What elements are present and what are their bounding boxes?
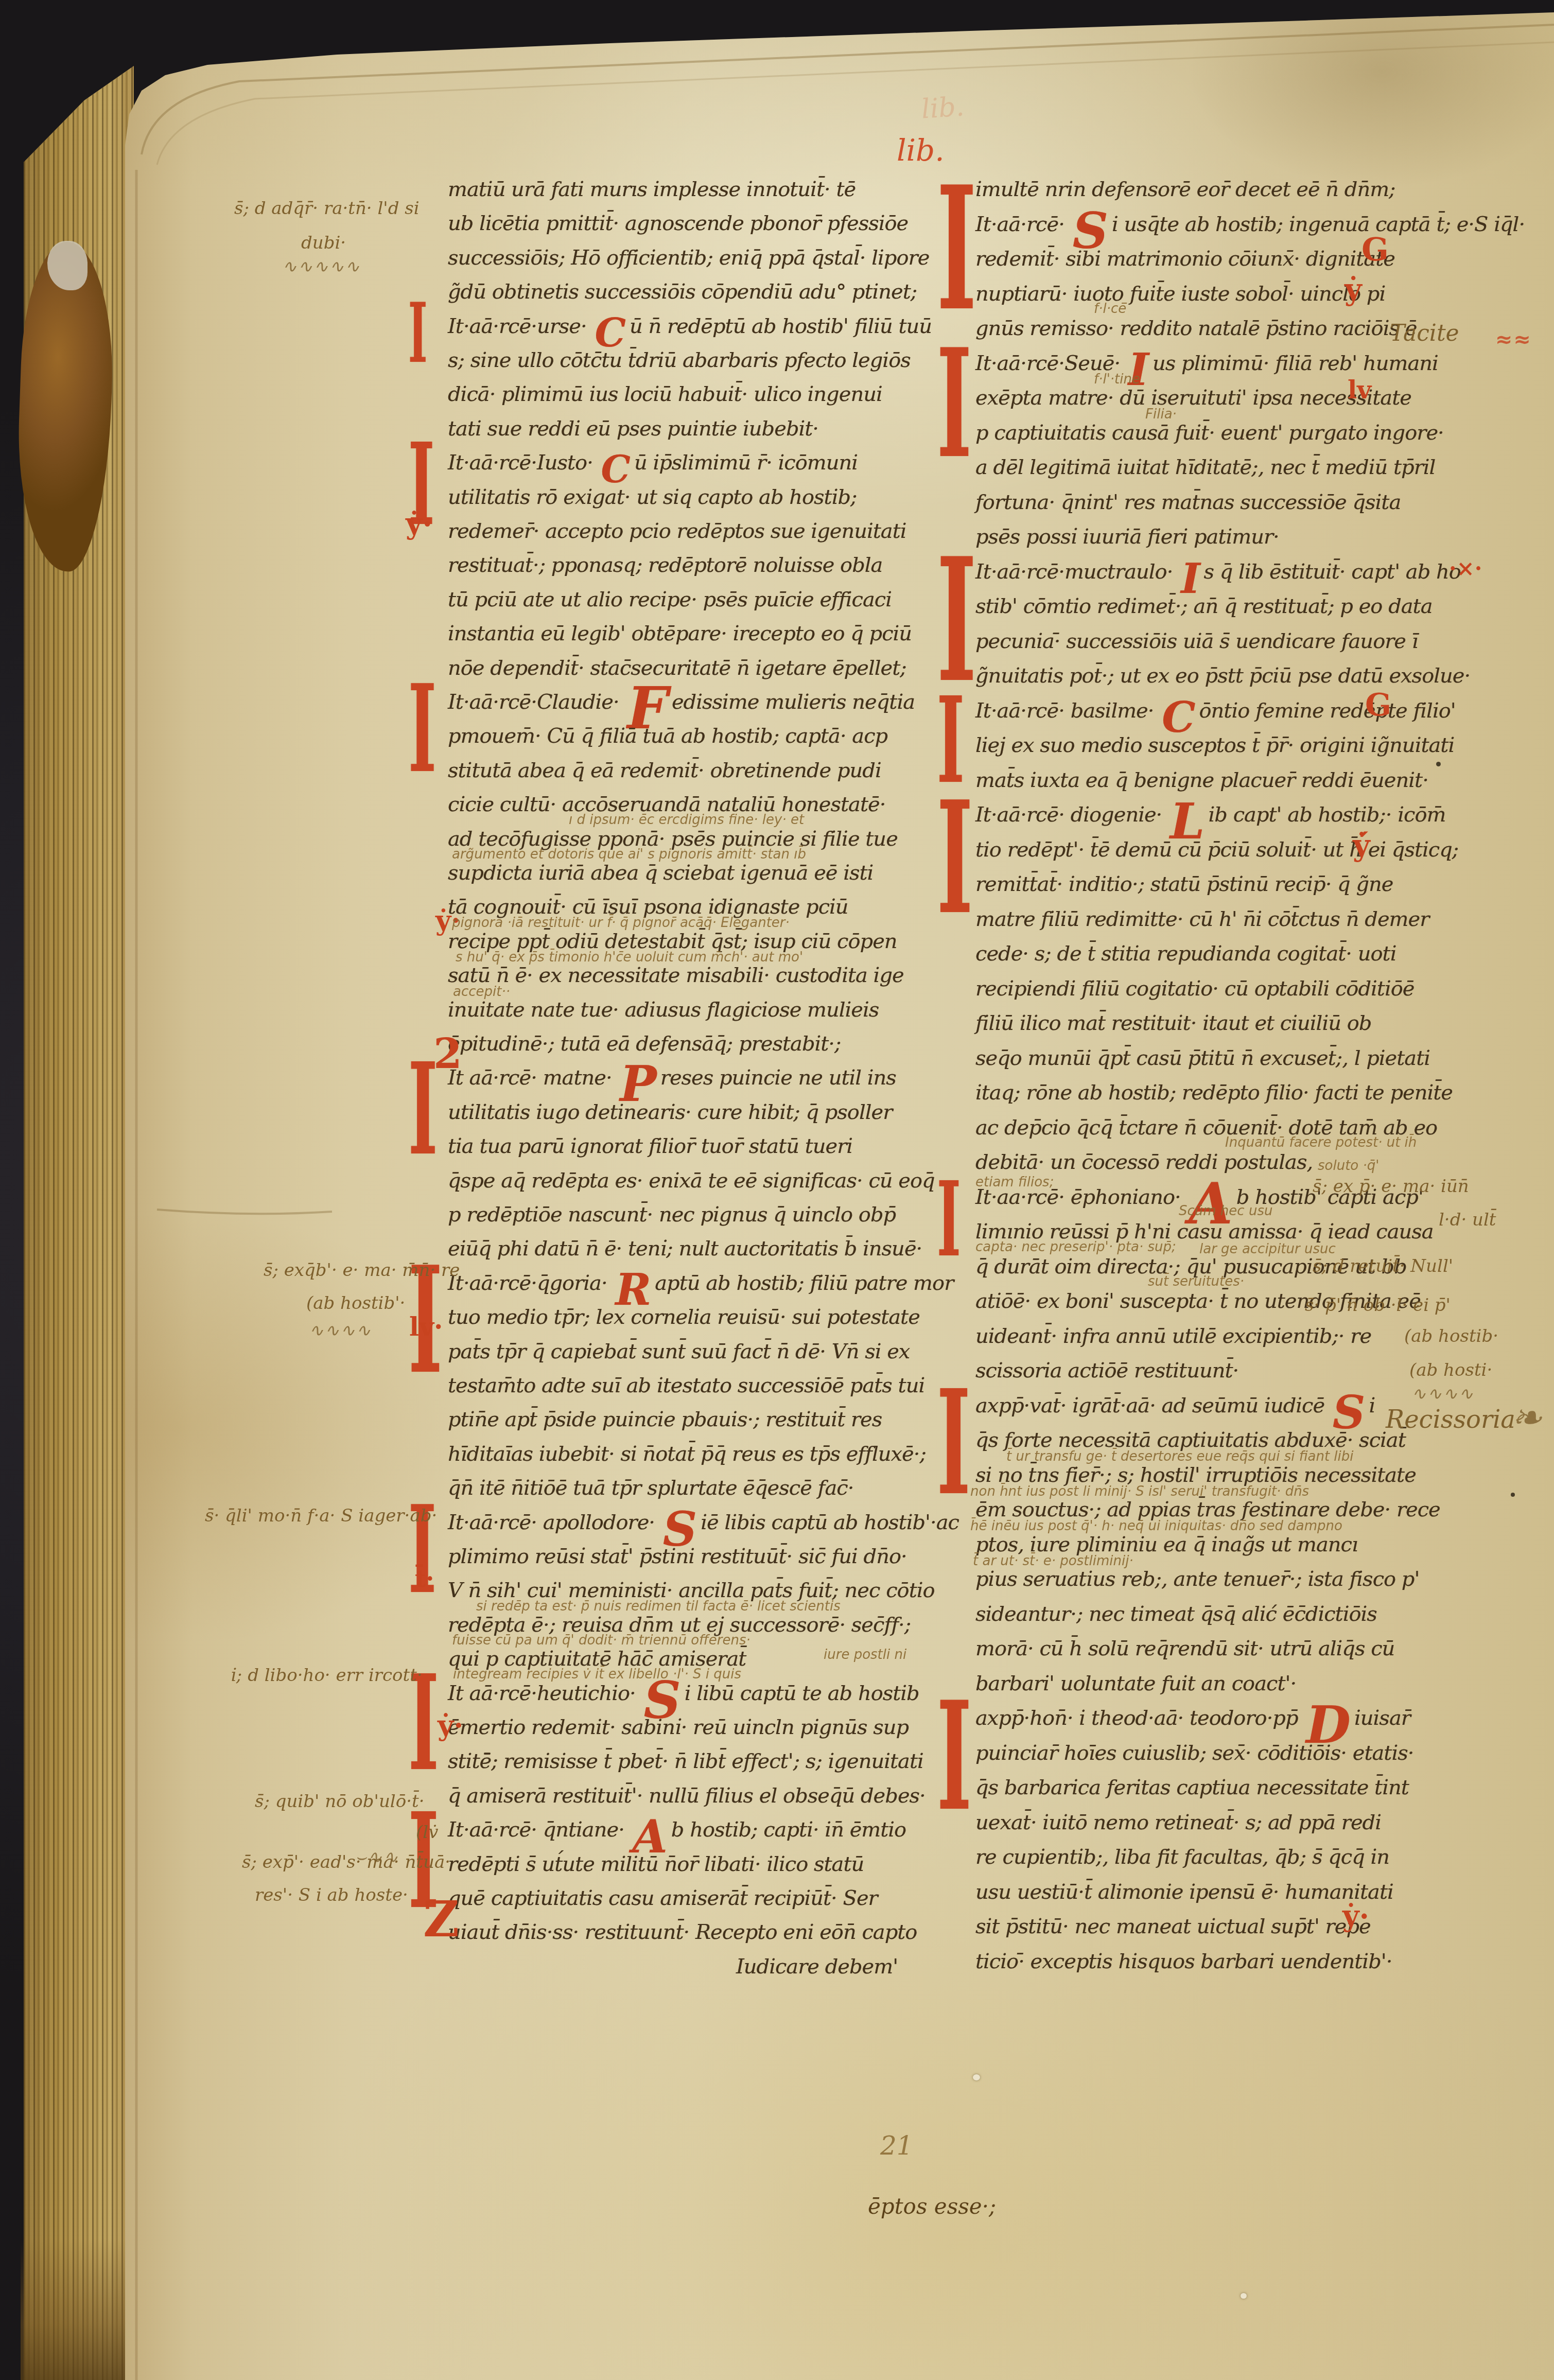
rubric-margin-mark: ẏ· xyxy=(1342,1899,1369,1933)
inscriptio: axpp̄·hon̄· i theod·aā· teodoro·pp̄ xyxy=(975,1706,1304,1730)
paragraph-initial-I: I xyxy=(937,183,976,315)
interlinear-gloss: pignora ·iā restituit· ur f̄· q̄ pignor̄… xyxy=(452,915,790,931)
text-continuation: ū n̄ redēptū ab hostib' filiū tuū xyxy=(630,314,932,338)
text-line: psēs possi̇ iuuriā fieri patimur· xyxy=(975,525,1279,549)
text-line: matre filiū redimitte· cū h' n̄i cōt̄ctu… xyxy=(975,907,1429,931)
margin-note: (ab hostib· xyxy=(1404,1326,1498,1346)
inscriptio: It·aā·rcē· xyxy=(975,213,1071,236)
text-continuation: iuisar̄ xyxy=(1354,1706,1410,1730)
margin-note: (lv̇ xyxy=(416,1822,438,1843)
text-line: tuo medio tp̄r; lex cornelia reuisū· sui… xyxy=(448,1305,920,1329)
inscriptio: It·aā·rcē· diogenie· xyxy=(975,803,1168,827)
text-line: axpp̄·hon̄· i theod·aā· teodoro·pp̄ Diui… xyxy=(975,1706,1410,1730)
interlinear-gloss: Inquantū facere potest· ut ih̄ xyxy=(1225,1135,1417,1150)
paragraph-initial-I: I xyxy=(408,301,427,365)
text-line: fortuna· q̄nint' res mat̄nas successiōe … xyxy=(975,491,1401,514)
text-line: pat̄s tp̄r q̄ capiebat̄ sunt̄ suū fact̄ … xyxy=(448,1340,910,1363)
text-line: p redēptiōe nascunt̄· nec pignus q̄ uinc… xyxy=(448,1203,896,1227)
text-line: dicā· plimimū ius lociū habuit̄· ulico i… xyxy=(448,382,882,406)
text-line: inuitate nate tue· adiusus flagiciose mu… xyxy=(448,998,879,1022)
margin-note: i̇; d libo·ho· err ircott· xyxy=(231,1665,423,1686)
interlinear-gloss: Filia· xyxy=(1145,407,1177,422)
rubric-margin-mark: Z xyxy=(423,1890,459,1948)
inscriptio: It·aā·rcē·muctraulo· xyxy=(975,560,1179,584)
text-line: debitā· un c̄ocessō reddi postulas, xyxy=(975,1150,1313,1174)
ink-speck xyxy=(1511,1493,1515,1497)
text-line: q̄n̄ itē n̄itiōē tuā tp̄r splurtate ēq̄e… xyxy=(448,1476,853,1500)
text-continuation: i usq̄te ab hostib; ingenuā captā t̄; e·… xyxy=(1112,213,1525,236)
text-line: eiūq̄ phi datū n̄ ē· teni̇; nult auctori… xyxy=(448,1237,922,1261)
text-line: seq̄o munūi q̄pt̄ casū p̄titū n̄ excuset… xyxy=(975,1046,1430,1070)
inscriptio: It·aā·rcē·q̄goria· xyxy=(448,1271,613,1295)
text-line: axpp̄·vat̄· igrāt̄·aā· ad seūmū iudicē S… xyxy=(975,1394,1375,1417)
text-line: plimimo reūsi̇ stat̄' p̄stini restituūt̄… xyxy=(448,1545,907,1568)
text-line: It·aā·rcē·Seuē· Ius plimimū· filiā reb' … xyxy=(975,352,1438,375)
text-line: nuptiarū· iuoto fuit̄e iuste sobol̄· uin… xyxy=(975,282,1385,306)
running-header-offset: lib. xyxy=(920,91,965,125)
margin-note: dubi· xyxy=(301,233,346,253)
text-line: uexat̄· iuitō nemo retineat̄· s; ad ppā … xyxy=(975,1811,1381,1834)
text-line: quē captiuitatis casu amiserāt̄ recipiūt… xyxy=(448,1886,878,1910)
text-continuation: edissime mulieris neq̄tia xyxy=(672,690,915,714)
text-line: utilitatis rō exigat· ut siq capto ab ho… xyxy=(448,485,857,509)
interlinear-gloss: integream recipies v̇ it̄ ex libello ·l'… xyxy=(453,1667,741,1682)
text-continuation: us plimimū· filiā reb' humani xyxy=(1153,352,1438,375)
inscriptio: It aā·rcē· matne· xyxy=(448,1066,618,1090)
interlinear-gloss: soluto ·q̄' xyxy=(1318,1158,1379,1174)
text-line: itaq; rōne ab hostib; redēpto filio· fac… xyxy=(975,1081,1453,1105)
rubric-margin-mark: ẏ· xyxy=(406,507,432,541)
margin-note: res'· S i ab hoste· xyxy=(255,1885,408,1905)
margin-note: Recissoria xyxy=(1386,1405,1515,1434)
margin-note: ∿∿∿∿ xyxy=(309,1320,372,1341)
folio-number: 21 xyxy=(880,2131,913,2161)
text-line: uideant̄· infra annū utilē excipientib;·… xyxy=(975,1324,1371,1348)
interlinear-gloss: lar ge accipitur usuc xyxy=(1199,1241,1336,1257)
margin-note: Tacite xyxy=(1390,320,1459,346)
text-continuation: reses puincie ne util ins xyxy=(660,1066,896,1090)
margin-note: (ab hostib'· xyxy=(306,1293,405,1314)
paragraph-initial-I: I xyxy=(937,1180,961,1260)
text-continuation: aptū ab hostib; filiū patre mor xyxy=(655,1271,953,1295)
margin-note: s̄; d retuit̄· Null' xyxy=(1313,1256,1453,1276)
interlinear-gloss: h̄ē inēu ius post q̄'· h· neq̄ ui iniqui… xyxy=(970,1518,1342,1534)
text-line: pmouem̄· Cū q̄ filiā tuā ab hostib; capt… xyxy=(448,724,887,748)
parchment-hole xyxy=(1241,2293,1247,2299)
text-line: It·aā·rcē·Iusto· Cū ip̄slimimū r̄· icōmu… xyxy=(448,451,858,475)
text-line: q̄spe aq̄ redēpta es· enixā te eē signif… xyxy=(448,1169,935,1193)
text-line: restituat̄·; pponasq; redēptorē noluisse… xyxy=(448,553,882,577)
catchword: ēptos esse·; xyxy=(868,2194,996,2219)
margin-note: s̄· p̄' n̄ ob ·l· ei p̄' xyxy=(1305,1295,1451,1316)
rubric-margin-mark: ẏ xyxy=(1345,272,1362,307)
text-continuation: i xyxy=(1369,1394,1375,1417)
text-line: tio redēpt'· t̄ē demū cū p̄ciū soluit̄· … xyxy=(975,838,1458,862)
inscriptio: It·aā·rcē· q̄ntiane· xyxy=(448,1818,631,1842)
text-line: g̃dū obtinetis successiōis cōpendiū adu°… xyxy=(448,280,917,304)
margin-note: s̄; ex p̄· e· ma· iūn̄ xyxy=(1313,1176,1469,1197)
interlinear-gloss: s hu' q̄· ex p̄s t̄imonio h'c̄e uoluit c… xyxy=(456,950,803,965)
text-line: satū n̄ ē· ex necessitate misabili· cust… xyxy=(448,964,904,987)
text-line: It·aā·rcē·muctraulo· Is q̄ lib ēstituit̄… xyxy=(975,560,1461,584)
text-line: redemer̄· accepto pcio redēptos sue igen… xyxy=(448,519,906,543)
interlinear-gloss: arg̃umento et dotoris que ai' s pignoris… xyxy=(452,847,806,862)
ink-speck xyxy=(1436,762,1441,766)
text-line: Iudicare debem' xyxy=(736,1955,898,1979)
text-continuation: b hostib; capti· in̄ ēmtio xyxy=(671,1818,906,1842)
text-line: It aā·rcē·heutichio· Si libū captū te ab… xyxy=(448,1682,919,1705)
paragraph-initial-I: I xyxy=(937,1699,972,1815)
rubric-margin-mark: ẏ́ xyxy=(1353,828,1370,863)
text-continuation: ib capt' ab hostib;· icōm̄ xyxy=(1209,803,1446,827)
text-line: It·aā·rcē·Claudie· Fedissime mulieris ne… xyxy=(448,690,915,714)
text-line: barbari' uoluntate fuit an coact'· xyxy=(975,1672,1296,1695)
margin-note: s̄; quib' nō ob'ulō·t̄· xyxy=(255,1791,424,1812)
text-continuation: ōntio femine redēpte filio' xyxy=(1199,699,1456,723)
inscriptio: axpp̄·vat̄· igrāt̄·aā· ad seūmū iudicē xyxy=(975,1394,1331,1417)
text-line: redemit̄· sibi matrimonio cōiunx̄· digni… xyxy=(975,247,1395,271)
text-line: pecunia·̄ successiōis uiā s̄ uendicare f… xyxy=(975,629,1418,653)
text-line: re cupientib;, liba fit facultas, q̄b; s… xyxy=(975,1845,1389,1869)
text-line: cede· s; de t̄ stitia repudianda cogitat… xyxy=(975,942,1396,966)
inscriptio: It·aā·rcē· apollodore· xyxy=(448,1511,661,1534)
spine-bottom-shadow xyxy=(21,2239,129,2380)
text-continuation: iē libis captū ab hostib'·ac xyxy=(701,1511,959,1534)
text-line: uiaut̄ dn̄is·ss· restituunt̄· Recepto en… xyxy=(448,1920,917,1944)
interlinear-gloss: Scūm hec usu xyxy=(1179,1203,1272,1219)
manuscript-photo: lib. lib. matiū urā fati murıs implesse … xyxy=(0,0,1554,2380)
interlinear-gloss: accepit·· xyxy=(453,984,510,1000)
margin-note: s̄; exp̄'· ead's· ma· n̄t̄uā· xyxy=(242,1852,450,1872)
text-line: gnūs remisso· reddito natalē p̄stino rac… xyxy=(975,317,1417,340)
text-line: pius seruatius reb;, ante tenuer̄·; ista… xyxy=(975,1567,1419,1591)
text-line: testam̄to adte suī ab itestato successiō… xyxy=(448,1374,924,1397)
paragraph-initial-I: I xyxy=(408,1673,439,1775)
text-continuation: s q̄ lib ēstituit̄· capt' ab ho xyxy=(1204,560,1461,584)
text-line: tati sue reddi eū pses puintie iubebit· xyxy=(448,417,818,441)
margin-note: ∿∿∿∿ xyxy=(1411,1384,1474,1404)
text-line: exēpta matre· dū iseruituti' ipsa necess… xyxy=(975,386,1411,410)
interlinear-gloss: t̄ ar ut· st̄· e· postliminij· xyxy=(973,1553,1133,1569)
text-line: stitē̄; remisisse t̄ pbet̄· n̄ libt̄ eff… xyxy=(448,1749,923,1773)
text-line: puinciar̄ hoīes cuiuslib; sex̄· cōditiōi… xyxy=(975,1741,1413,1765)
interlinear-gloss: f·l'·tine xyxy=(1094,372,1140,387)
text-line: scissoria actiōē restituunt̄· xyxy=(975,1359,1238,1382)
margin-note: s̄; d adq̄r̄· ra·tn̄· l'd si xyxy=(234,198,420,219)
margin-note: ∿∿∿∿∿ xyxy=(282,256,360,277)
text-line: usu uestiū·t̄ alimonie ipensū ē· humanit… xyxy=(975,1880,1393,1904)
text-line: q̄s barbarica feritas captiua necessitat… xyxy=(975,1776,1409,1799)
paragraph-initial-I: I xyxy=(937,1387,970,1499)
text-line: ptin̄e apt̄ p̄side puincie pbauis·; rest… xyxy=(448,1408,882,1431)
text-line: tū pciū ate ut alio recipe· psēs puīcie … xyxy=(448,588,892,611)
rubric-margin-mark: G xyxy=(1361,231,1389,268)
margin-note: l·d· ult̄ xyxy=(1439,1210,1496,1230)
rubric-margin-mark: 2 xyxy=(433,1029,462,1078)
rubric-margin-mark: G xyxy=(1365,687,1391,723)
rubric-margin-mark: ·×· xyxy=(1449,556,1482,581)
text-line: ticio·̄ exceptis hisquos barbari uendent… xyxy=(975,1950,1392,1973)
rubric-margin-mark: t̄· xyxy=(415,1565,434,1592)
inscriptio: It·aā·rcē· basilme· xyxy=(975,699,1160,723)
text-line: sideantur·; nec timeat q̄sq̄ alić ēc̄dic… xyxy=(975,1602,1377,1626)
paragraph-initial-I: I xyxy=(937,798,973,918)
paragraph-initial-I: I xyxy=(937,346,972,462)
text-line: hīditaīas iubebit· si n̄otat̄ p̄q̄ reus … xyxy=(448,1442,926,1466)
text-line: It·aā·rcē·q̄goria· Raptū ab hostib; fili… xyxy=(448,1271,953,1295)
interlinear-gloss: sut̄ seruitutes· xyxy=(1148,1274,1244,1289)
inscriptio: It·aā·rcē·urse· xyxy=(448,314,592,338)
text-line: It aā·rcē· matne· Preses puincie ne util… xyxy=(448,1066,896,1090)
interlinear-gloss: f·l·cē̄ xyxy=(1094,301,1126,317)
text-line: a dēl legitimā iuitat hīditatē;, nec t̄ … xyxy=(975,456,1435,479)
text-line: utilitatis iugo detinearis· cure hibit; … xyxy=(448,1100,892,1124)
inscriptio: It aā·rcē·heutichio· xyxy=(448,1682,641,1705)
inscriptio: It·aā·rcē·Claudie· xyxy=(448,690,625,714)
rubric-margin-mark: ẏ· xyxy=(438,1709,463,1742)
text-line: It·aā·rcē·urse· Cū n̄ redēptū ab hostib'… xyxy=(448,314,932,338)
text-line: tia tua parū ignorat filior̄ tuor̄ statū… xyxy=(448,1134,852,1158)
interlinear-gloss: t̄ ur transfu ge· t̄ desertores eue req̄… xyxy=(1006,1449,1354,1464)
text-line: instantia eū legib' obtēpare· irecepto e… xyxy=(448,622,912,645)
interlinear-gloss: si redēp ta est· p̄ nuis redimen til fac… xyxy=(476,1599,841,1614)
margin-note: ❧ xyxy=(1511,1396,1543,1439)
margin-note: (ab hosti· xyxy=(1409,1360,1492,1380)
interlinear-gloss: fuisse cū pa um q̄' dodit· m̄ triennū of… xyxy=(452,1633,750,1648)
text-line: g̃nuitatis pot̄·; ut ex eo p̄stt p̄ciū p… xyxy=(975,664,1470,688)
text-line: liej ex suo medio susceptos t̄ p̄r̄· ori… xyxy=(975,733,1454,757)
rubric-margin-mark: ≈≈ xyxy=(1495,327,1532,352)
rubric-margin-mark: lv xyxy=(1348,376,1371,405)
text-line: s; sine ullo cōtc̄tu t̄driū abarbaris pf… xyxy=(448,348,911,372)
text-line: remitt̄at̄· inditio·; statū p̄stinū reci… xyxy=(975,872,1393,896)
text-line: ēmertio redemit· sabini̇· reū uincln pig… xyxy=(448,1716,909,1739)
text-line: nōe dependit̄· stac̄securitatē n̄ igetar… xyxy=(448,656,906,680)
interlinear-gloss: iure postli ni xyxy=(824,1647,906,1662)
text-line: It·aā·rcē· apollodore· Siē libis captū a… xyxy=(448,1511,959,1534)
interlinear-gloss: etiam filios; xyxy=(975,1175,1054,1190)
text-line: p captiuitatis causā fuit̄· euent' purga… xyxy=(975,421,1444,445)
interlinear-gloss: non h̄nt ius post li minij· S isl' serui… xyxy=(970,1484,1309,1499)
text-line: q̄ amiserā restituit̄'· nullū filius el … xyxy=(448,1784,926,1808)
text-line: ēpitudinē·; tutā eā defensāq̄; prestabit… xyxy=(448,1032,841,1056)
text-line: supdicta iuriā abea q̄ sciebat igenuā eē… xyxy=(448,861,873,885)
text-line: stib' cōmtio redimet̄·; an̄ q̄ restituat… xyxy=(975,594,1433,618)
text-continuation: ū ip̄slimimū r̄· icōmuni xyxy=(634,451,858,475)
text-line: successiōis; Hō officientib; eniq̄ ppā q… xyxy=(448,246,929,270)
text-line: It·aā·rcē· q̄ntiane· Ab hostib; capti· i… xyxy=(448,1818,906,1842)
text-line: morā· cū h̄ solū req̄rendū sit· utrū ali… xyxy=(975,1637,1394,1660)
margin-note: s̄; exq̄b'· e· ma· m̄n̄· re xyxy=(264,1260,460,1281)
text-line: recipiendi filiū cogitatio· cū optabili … xyxy=(975,977,1414,1001)
parchment-hole xyxy=(973,2074,980,2080)
text-line: filiū ilico mat̄ restituit· itaut et ciu… xyxy=(975,1011,1371,1035)
paragraph-initial-I: I xyxy=(937,554,976,687)
margin-note: s̄· q̄li' mo·n̄ f·a· S iager·ab· xyxy=(205,1506,437,1526)
text-line: sit p̄stitū· nec maneat uictual sup̄t' r… xyxy=(975,1915,1371,1938)
text-line: stitutā abea q̄ eā redemit̄· obretinende… xyxy=(448,759,881,782)
interlinear-gloss: capta· nec preserip'· pta· sup̄; xyxy=(975,1239,1176,1255)
rubric-margin-mark: lv· xyxy=(409,1311,443,1342)
text-line: ub licētia pmittit̄· agnoscende pbonor̄ … xyxy=(448,212,908,235)
text-line: mat̄s iuxta ea q̄ benigne placuer̄ reddi… xyxy=(975,768,1428,792)
text-line: It·aā·rcē· Si usq̄te ab hostib; ingenuā … xyxy=(975,213,1525,236)
interlinear-gloss: ı d ipsum· ēc ercdigims fine· ley· et xyxy=(569,812,804,828)
text-continuation: i libū captū te ab hostib xyxy=(685,1682,919,1705)
text-line: matiū urā fati murıs implesse innotuit̄·… xyxy=(448,178,855,201)
text-line: imultē nrin defensorē eor̄ decet eē n̄ d… xyxy=(975,178,1395,201)
paragraph-initial-I: I xyxy=(408,682,436,776)
inscriptio: It·aā·rcē·Iusto· xyxy=(448,451,599,475)
text-line: redēpti s̄ ut́ute militū n̄or̄ libati· i… xyxy=(448,1852,864,1876)
text-line: It·aā·rcē· diogenie· Lib capt' ab hostib… xyxy=(975,803,1445,827)
